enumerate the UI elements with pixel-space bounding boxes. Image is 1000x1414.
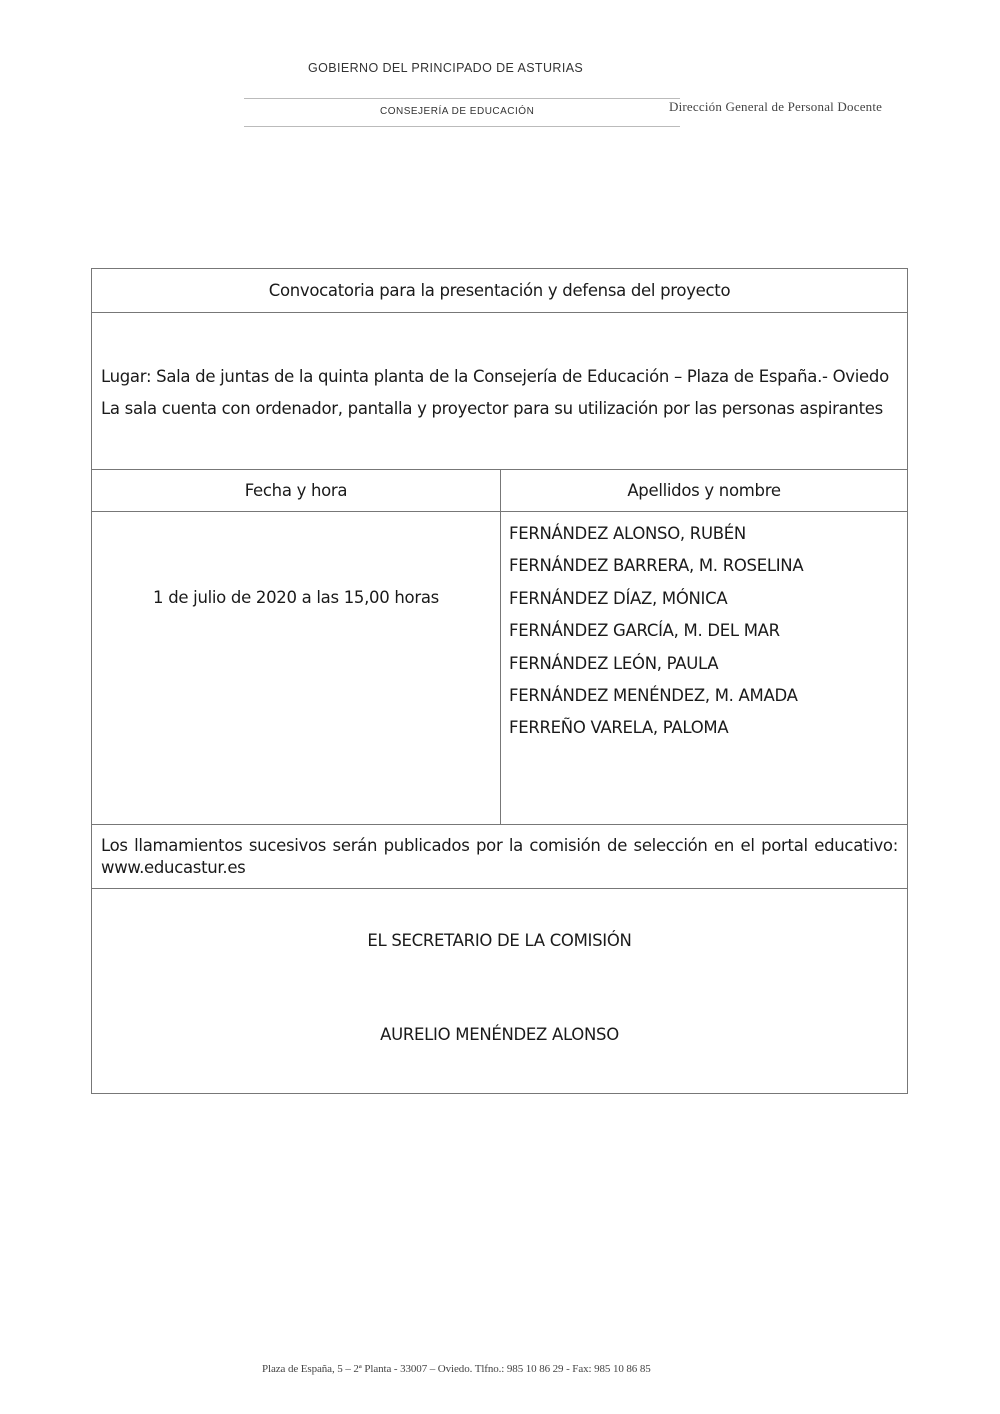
list-item: FERNÁNDEZ MENÉNDEZ, M. AMADA (509, 685, 898, 717)
publication-row: Los llamamientos sucesivos serán publica… (92, 825, 908, 889)
location-text: Lugar: Sala de juntas de la quinta plant… (101, 366, 898, 388)
header-divider-top (244, 98, 680, 99)
department-name: CONSEJERÍA DE EDUCACIÓN (380, 106, 534, 117)
table-title: Convocatoria para la presentación y defe… (92, 269, 908, 313)
location-row: Lugar: Sala de juntas de la quinta plant… (92, 313, 908, 470)
location-cell: Lugar: Sala de juntas de la quinta plant… (92, 313, 908, 470)
list-item: FERNÁNDEZ BARRERA, M. ROSELINA (509, 555, 898, 587)
footer-address: Plaza de España, 5 – 2ª Planta - 33007 –… (262, 1363, 651, 1375)
list-item: FERNÁNDEZ DÍAZ, MÓNICA (509, 588, 898, 620)
column-header-names: Apellidos y nombre (501, 470, 908, 512)
directorate-name: Dirección General de Personal Docente (669, 99, 882, 115)
list-item: FERNÁNDEZ LEÓN, PAULA (509, 653, 898, 685)
title-row: Convocatoria para la presentación y defe… (92, 269, 908, 313)
signature-cell: EL SECRETARIO DE LA COMISIÓN AURELIO MEN… (92, 889, 908, 1094)
convocation-table: Convocatoria para la presentación y defe… (91, 268, 908, 1094)
column-header-row: Fecha y hora Apellidos y nombre (92, 470, 908, 512)
publication-note: Los llamamientos sucesivos serán publica… (101, 835, 898, 879)
date-time-cell: 1 de julio de 2020 a las 15,00 horas (92, 512, 501, 825)
header-divider-bottom (244, 126, 680, 127)
column-header-date: Fecha y hora (92, 470, 501, 512)
list-item: FERNÁNDEZ ALONSO, RUBÉN (509, 523, 898, 555)
signatory-role: EL SECRETARIO DE LA COMISIÓN (101, 931, 898, 950)
equipment-note: La sala cuenta con ordenador, pantalla y… (101, 398, 898, 420)
candidates-cell: FERNÁNDEZ ALONSO, RUBÉN FERNÁNDEZ BARRER… (501, 512, 908, 825)
publication-cell: Los llamamientos sucesivos serán publica… (92, 825, 908, 889)
government-name: GOBIERNO DEL PRINCIPADO DE ASTURIAS (308, 61, 583, 75)
table-row: 1 de julio de 2020 a las 15,00 horas FER… (92, 512, 908, 825)
list-item: FERREÑO VARELA, PALOMA (509, 717, 898, 749)
signatory-name: AURELIO MENÉNDEZ ALONSO (101, 1025, 898, 1044)
signature-row: EL SECRETARIO DE LA COMISIÓN AURELIO MEN… (92, 889, 908, 1094)
list-item: FERNÁNDEZ GARCÍA, M. DEL MAR (509, 620, 898, 652)
